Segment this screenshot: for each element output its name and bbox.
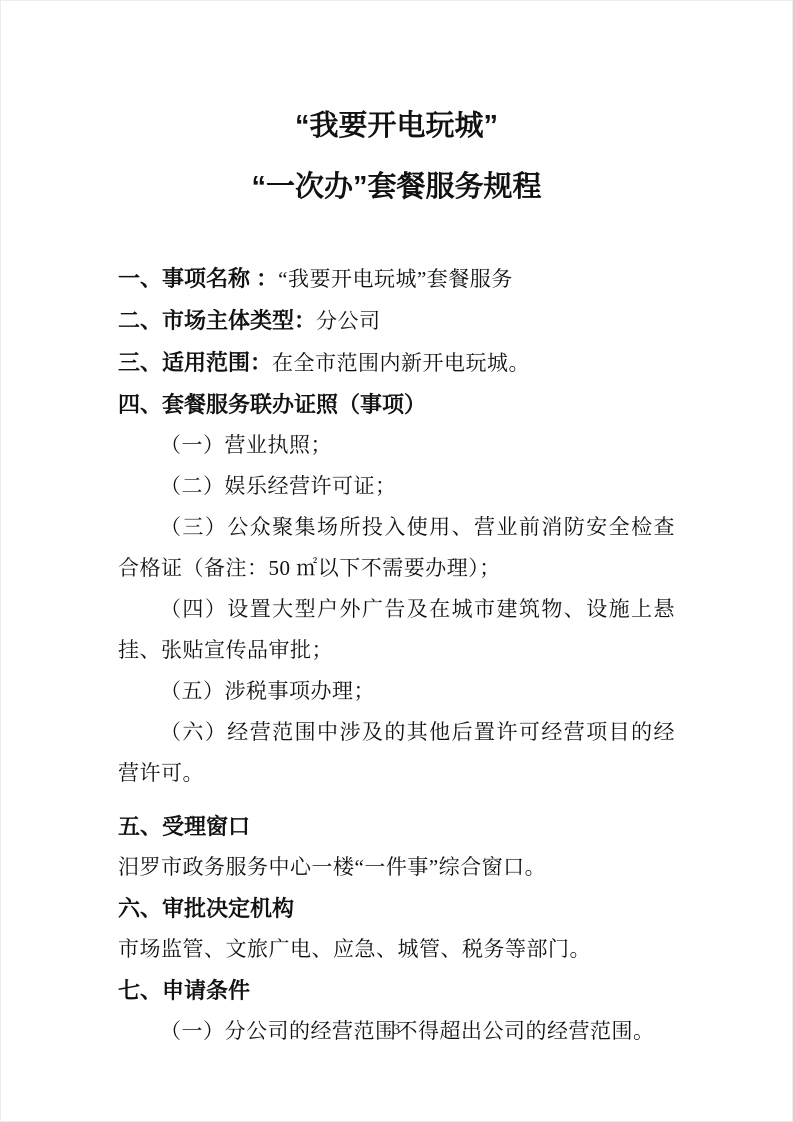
body-paragraph: 市场监管、文旅广电、应急、城管、税务等部门。 <box>118 929 675 970</box>
section-heading-label: 三、适用范围： <box>118 350 272 375</box>
body-paragraph: （四）设置大型户外广告及在城市建筑物、设施上悬挂、张贴宣传品审批； <box>118 589 675 671</box>
section-value: “我要开电玩城”套餐服务 <box>278 267 513 291</box>
body-paragraph: 汨罗市政务服务中心一楼“一件事”综合窗口。 <box>118 847 675 888</box>
section-heading-label: 一、事项名称 ： <box>118 266 278 291</box>
section-value: 分公司 <box>316 309 381 333</box>
section-heading: 五、受理窗口 <box>118 806 675 847</box>
page-number: 3 <box>0 1022 793 1039</box>
section-heading-label: 二、市场主体类型： <box>118 308 316 333</box>
section-heading: 六、审批决定机构 <box>118 888 675 929</box>
section-value: 在全市范围内新开电玩城。 <box>272 351 530 375</box>
document-title-line2: “一次办”套餐服务规程 <box>0 169 793 205</box>
section-heading: 四、套餐服务联办证照（事项） <box>118 384 675 425</box>
body-paragraph: （三）公众聚集场所投入使用、营业前消防安全检查合格证（备注：50 ㎡以下不需要办… <box>118 507 675 589</box>
body-paragraph: （二）娱乐经营许可证； <box>118 466 675 507</box>
document-title-line1: “我要开电玩城” <box>0 0 793 144</box>
body-paragraph: （六）经营范围中涉及的其他后置许可经营项目的经营许可。 <box>118 712 675 794</box>
body-paragraph: （五）涉税事项办理； <box>118 671 675 712</box>
document-page: “我要开电玩城” “一次办”套餐服务规程 一、事项名称 ：“我要开电玩城”套餐服… <box>0 0 793 1122</box>
section-labeled-line: 三、适用范围：在全市范围内新开电玩城。 <box>118 342 675 384</box>
section-labeled-line: 二、市场主体类型：分公司 <box>118 300 675 342</box>
section-heading: 七、申请条件 <box>118 970 675 1011</box>
section-labeled-line: 一、事项名称 ：“我要开电玩城”套餐服务 <box>118 258 675 300</box>
body-paragraph: （一）营业执照； <box>118 425 675 466</box>
document-body: 一、事项名称 ：“我要开电玩城”套餐服务二、市场主体类型：分公司三、适用范围：在… <box>0 258 793 1052</box>
